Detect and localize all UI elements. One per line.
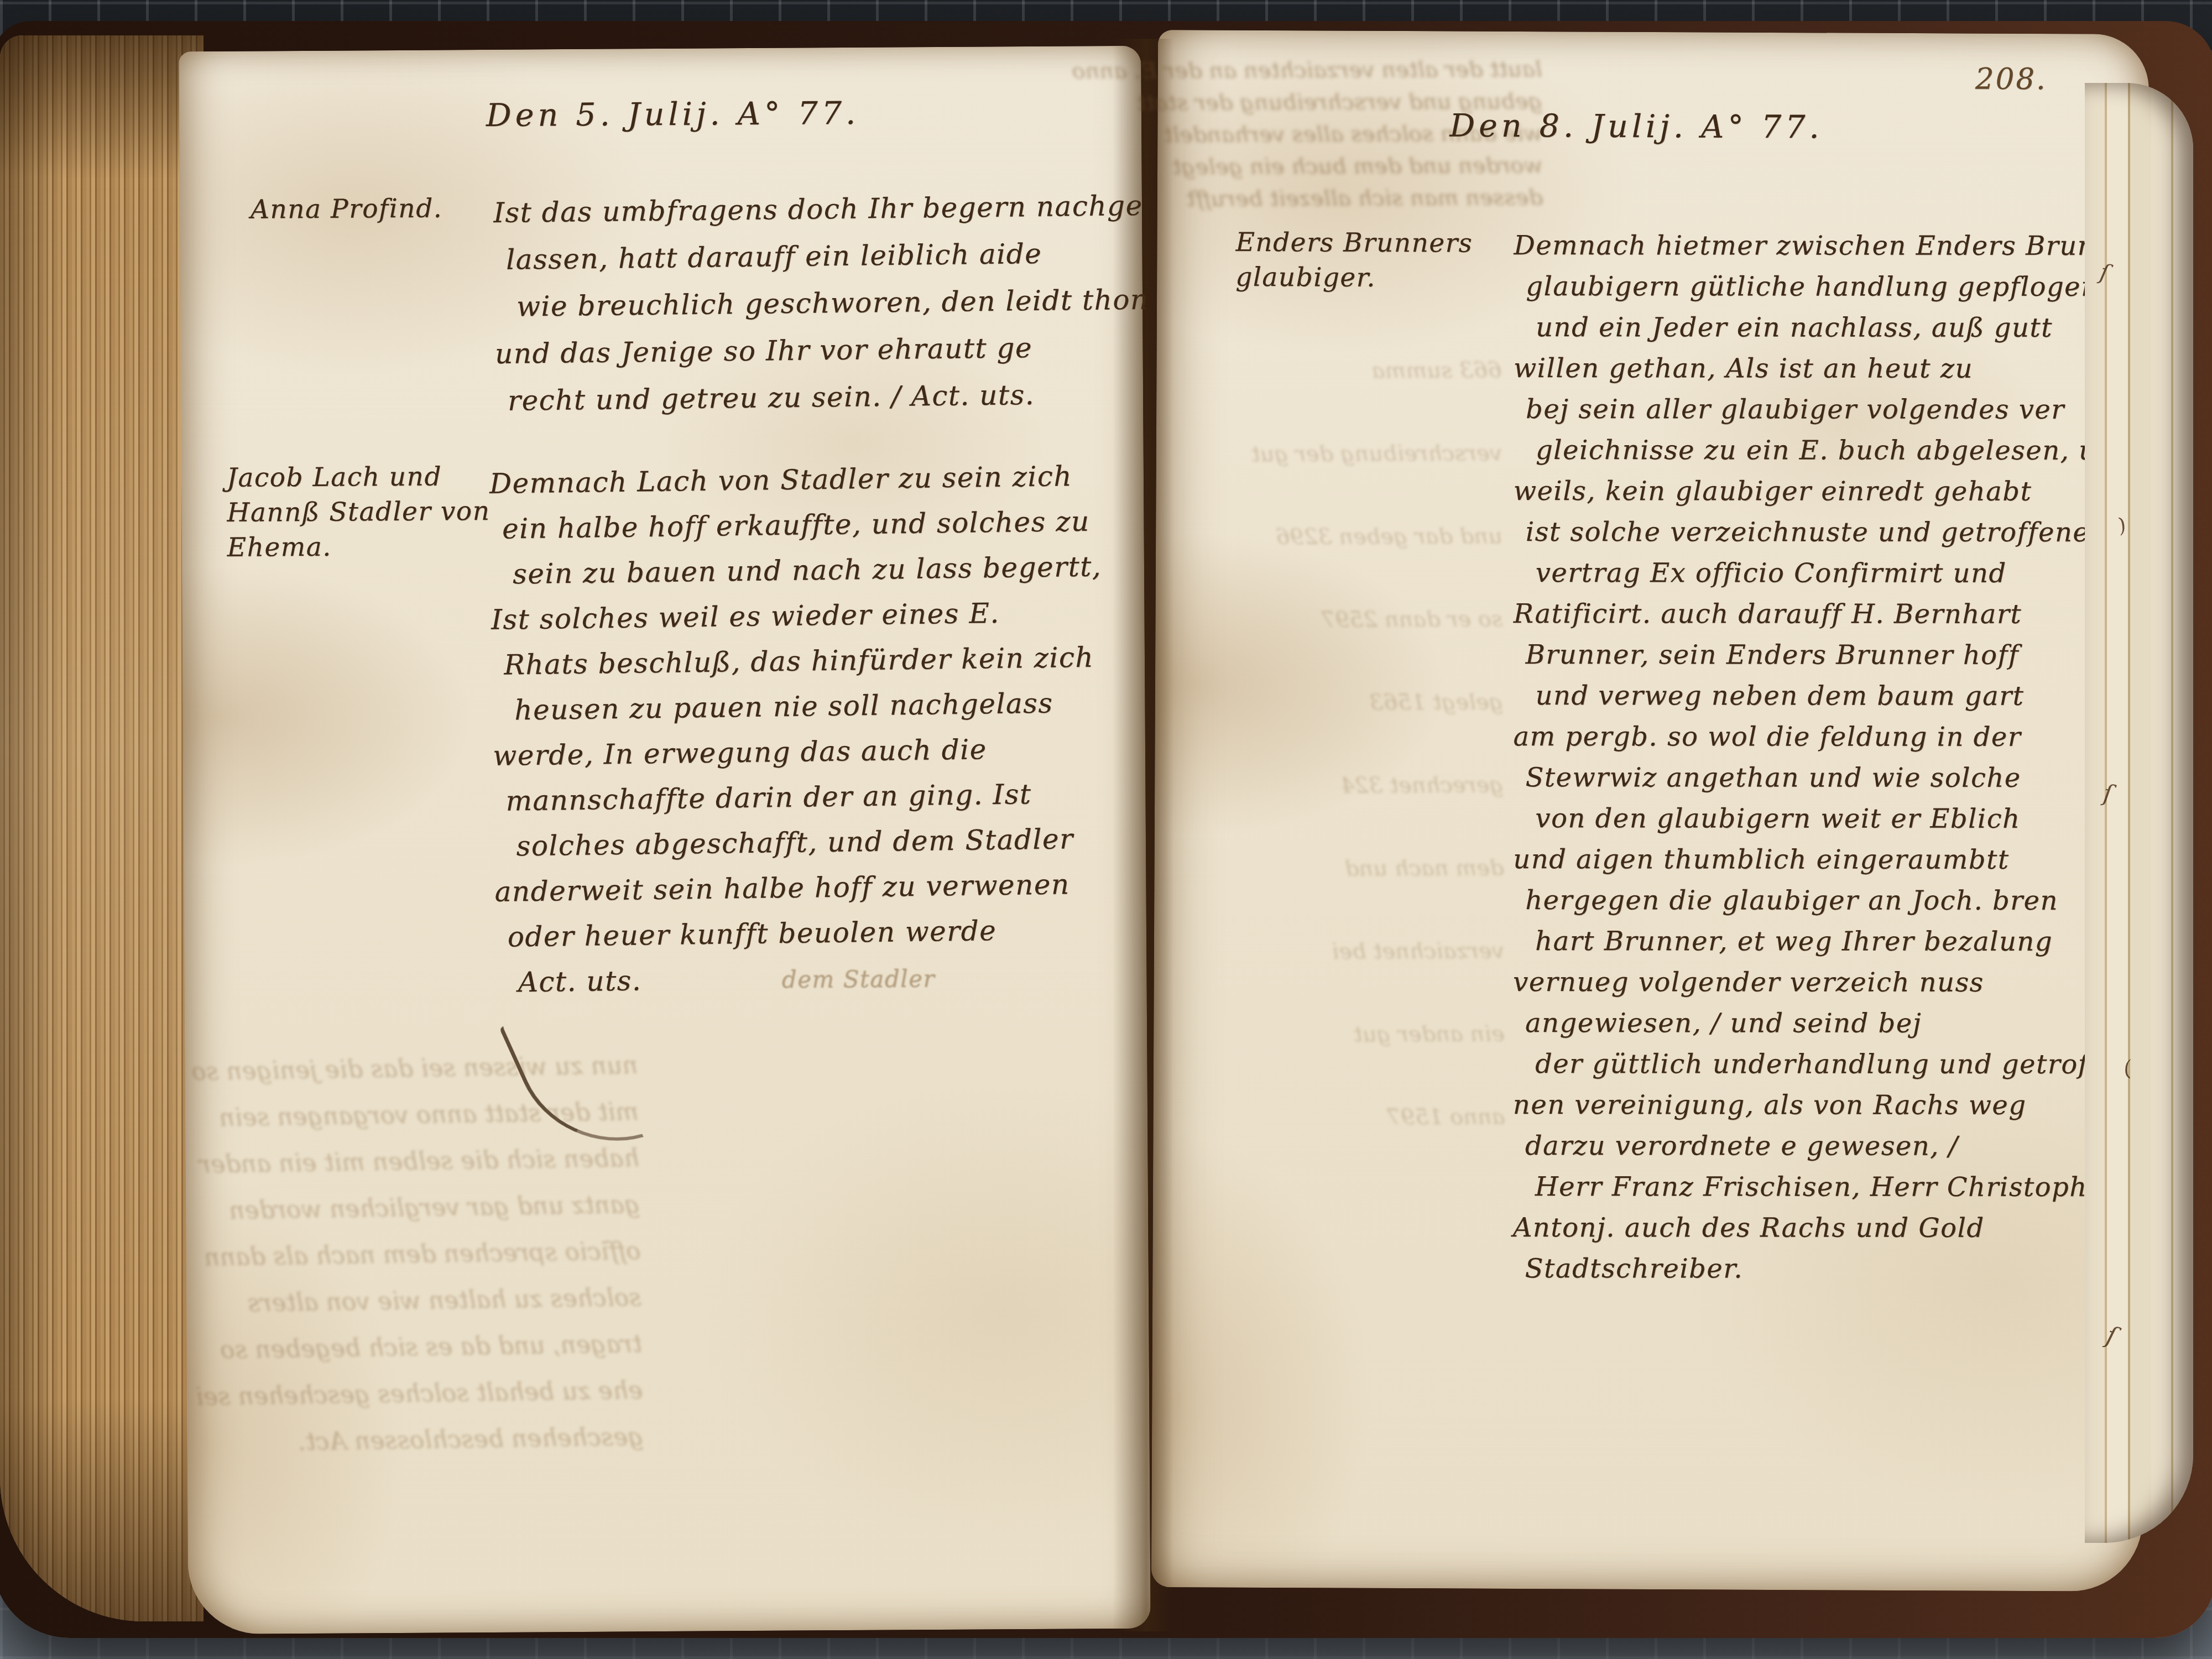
right-entry-margin-names: Enders Brunnersglaubiger. [1235, 225, 1473, 296]
following-page-edges: ſ ) ſ ( ſ [2085, 83, 2193, 1543]
manuscript-line: und das Jenige so Ihr vor ehrautt ge [495, 324, 1150, 378]
manuscript-line: mannschaffte darin der an ging. Ist [505, 770, 1105, 823]
manuscript-line: Demnach Lach von Stadler zu sein zich [489, 453, 1100, 506]
manuscript-line: werde, In erwegung das auch die [493, 725, 1104, 778]
manuscript-line: angewiesen, / und seind bej [1525, 1003, 2157, 1044]
manuscript-line: hart Brunner, et weg Ihrer bezalung [1535, 921, 2157, 962]
manuscript-line: gleichnisse zu ein E. buch abgelesen, un… [1536, 430, 2158, 471]
manuscript-line: so er dann 2597 [1193, 577, 1503, 661]
page-stack-fore-edge [0, 35, 204, 1621]
stray-ink-mark: ſ [2104, 1321, 2120, 1350]
manuscript-line: Brunner, sein Enders Brunner hoff [1526, 634, 2158, 676]
manuscript-line: der güttlich underhandlung und getroffe [1535, 1044, 2157, 1085]
manuscript-line: solches zu halten wie von alters [221, 1275, 641, 1327]
manuscript-line: sein zu bauen und nach zu lass begertt, [513, 544, 1102, 597]
faint-interlinear-note: dem Stadler [781, 965, 935, 993]
manuscript-line: Ist solches weil es wieder eines E. [491, 589, 1103, 642]
manuscript-line: worden und dem buch ein gelegt [1166, 149, 1542, 183]
manuscript-line: solches abgeschafft, und dem Stadler [516, 816, 1105, 869]
manuscript-line: dessen man sich allezeit berufft [1167, 181, 1543, 215]
entry2-body-text: Demnach Lach von Stadler zu sein zichein… [489, 453, 1107, 1005]
manuscript-line: willen gethan, Als ist an heut zu [1514, 348, 2158, 389]
manuscript-line: 663 summa [1192, 328, 1502, 413]
stray-ink-mark: ( [2121, 1056, 2133, 1081]
manuscript-line: officio sprechen dem nach als dann [220, 1228, 641, 1281]
manuscript-line: Ehema. [227, 529, 491, 565]
bleedthrough-text-mid: 663 summaverschreibung der gutund dar ge… [1192, 328, 1505, 1159]
manuscript-line: ehe zu behalt solches geschehen sei [222, 1368, 643, 1420]
stray-ink-mark: ſ [2102, 779, 2114, 807]
photo-stage: Den 5. Julij. A° 77. Anna Profind. Ist d… [0, 0, 2212, 1659]
manuscript-line: ein halbe hoff erkauffte, und solches zu [502, 498, 1101, 551]
manuscript-line: vertrag Ex officio Confirmirt und [1536, 552, 2158, 594]
right-page-date-heading: Den 8. Julij. A° 77. [1449, 107, 1823, 145]
manuscript-line: Anna Profind. [251, 191, 442, 227]
manuscript-line: weils, kein glaubiger einredt gehabt [1514, 471, 2158, 512]
manuscript-line: mit der statt anno vorgangen sein [218, 1089, 639, 1141]
left-page: Den 5. Julij. A° 77. Anna Profind. Ist d… [179, 46, 1150, 1635]
manuscript-line: Demnach hietmer zwischen Enders Brunners [1514, 225, 2158, 267]
manuscript-line: Ratificirt. auch darauff H. Bernhart [1514, 593, 2158, 635]
manuscript-line: Rhats beschluß, das hinfürder kein zich [504, 634, 1103, 687]
manuscript-line: ein ander gut [1194, 992, 1505, 1076]
manuscript-line: heusen zu pauen nie soll nachgelass [514, 680, 1104, 733]
manuscript-line: glaubiger. [1235, 260, 1473, 296]
bleedthrough-text-block: nun zu wissen sei das die jenigen somit … [217, 1042, 644, 1467]
manuscript-line: gerechnet 324 [1194, 743, 1504, 827]
entry1-body-text: Ist das umbfragens doch Ihr begern nachg… [493, 182, 1150, 425]
manuscript-line: tragen, und da es sich begeben so [221, 1321, 642, 1374]
manuscript-line: am pergb. so wol die feldung in der [1513, 716, 2157, 758]
manuscript-line: lautt der alten verzaichten an der E. an… [1166, 53, 1542, 87]
manuscript-line: haben sich die selben mit ein ander [218, 1135, 639, 1188]
manuscript-line: anderweit sein halbe hoff zu verwenen [494, 861, 1106, 914]
manuscript-line: gelegt 1563 [1193, 660, 1504, 744]
manuscript-line: Stewrwiz angethan und wie solche [1525, 757, 2157, 799]
manuscript-line: hergegen die glaubiger an Joch. bren [1525, 880, 2157, 921]
manuscript-line: anno 1597 [1195, 1075, 1505, 1159]
manuscript-line: oder heuer kunfft beuolen werde [507, 906, 1107, 959]
right-page: lautt der alten verzaichten an der E. an… [1151, 30, 2149, 1592]
right-entry-body-text: Demnach hietmer zwischen Enders Brunners… [1513, 225, 2158, 1290]
manuscript-line: lassen, hatt darauff ein leiblich aide [506, 229, 1149, 284]
manuscript-line: glaubigern gütliche handlung gepflogen [1526, 266, 2158, 307]
stray-ink-mark: ſ [2098, 259, 2111, 286]
manuscript-line: geschehen beschlossen Act. [223, 1414, 644, 1467]
left-page-date-heading: Den 5. Julij. A° 77. [486, 95, 860, 134]
manuscript-line: ist solche verzeichnuste und getroffener [1526, 512, 2158, 553]
manuscript-line: bej sein aller glaubiger volgendes ver [1526, 389, 2158, 430]
manuscript-line: recht und getreu zu sein. / Act. uts. [508, 371, 1150, 425]
book-gutter-shadow [1113, 39, 1173, 1631]
manuscript-line: verschreibung der gut [1192, 411, 1503, 495]
manuscript-line: nun zu wissen sei das die jenigen so [217, 1042, 638, 1095]
manuscript-line: Herr Franz Frischisen, Herr Christoph [1535, 1166, 2157, 1208]
manuscript-line: von den glaubigern weit er Eblich [1535, 798, 2157, 839]
manuscript-line: Hannß Stadler von [227, 494, 490, 530]
manuscript-line: und verweg neben dem baum gart [1535, 675, 2157, 717]
entry2-margin-names: Jacob Lach undHannß Stadler vonEhema. [227, 459, 491, 565]
manuscript-line: nen vereinigung, als von Rachs weg [1513, 1084, 2157, 1126]
entry1-margin-name: Anna Profind. [251, 191, 442, 227]
manuscript-line: verzaichnet bei [1194, 909, 1505, 993]
manuscript-line: und aigen thumblich eingeraumbtt [1513, 839, 2157, 880]
page-number: 208. [1975, 62, 2047, 97]
stray-ink-mark: ) [2115, 514, 2129, 538]
manuscript-line: Ist das umbfragens doch Ihr begern nachg… [493, 182, 1148, 237]
manuscript-line: vernueg volgender verzeich nuss [1513, 962, 2157, 1003]
manuscript-line: und ein Jeder ein nachlass, auß gutt [1536, 307, 2158, 348]
manuscript-line: darzu verordnete e gewesen, / [1525, 1125, 2157, 1167]
manuscript-line: Antonj. auch des Rachs und Gold [1513, 1207, 2157, 1249]
manuscript-line: Stadtschreiber. [1525, 1248, 2157, 1290]
manuscript-line: und dar geben 3296 [1193, 494, 1503, 578]
manuscript-line: dem nach und [1194, 826, 1504, 910]
manuscript-line: gantz und gar verglichen worden [220, 1182, 640, 1234]
manuscript-line: wie breuchlich geschworen, den leidt tho… [517, 276, 1149, 331]
manuscript-line: Enders Brunners [1235, 225, 1473, 261]
manuscript-line: Jacob Lach und [227, 459, 490, 495]
